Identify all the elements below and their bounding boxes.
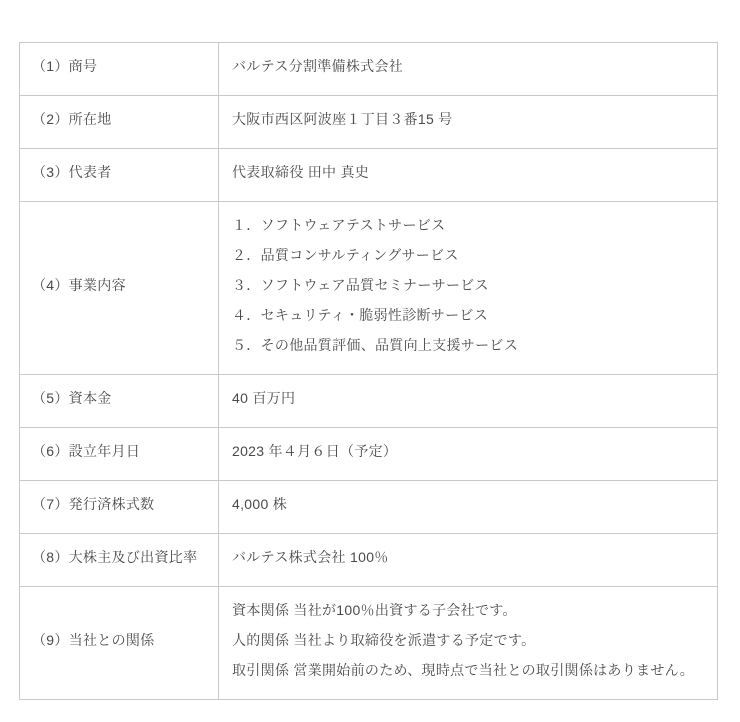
row-label: （2）所在地 [20,96,219,149]
company-overview-table-container: （1）商号 バルテス分割準備株式会社 （2）所在地 大阪市西区阿波座１丁目３番1… [19,42,717,700]
value-line: 2023 年４月６日（予定） [232,436,705,466]
company-overview-table: （1）商号 バルテス分割準備株式会社 （2）所在地 大阪市西区阿波座１丁目３番1… [19,42,718,700]
value-line: １．ソフトウェアテストサービス [232,210,705,240]
table-row-shihonkin: （5）資本金 40 百万円 [20,375,718,428]
row-label: （8）大株主及び出資比率 [20,534,219,587]
value-line: ２．品質コンサルティングサービス [232,240,705,270]
row-value: 大阪市西区阿波座１丁目３番15 号 [219,96,718,149]
value-line: ４．セキュリティ・脆弱性診断サービス [232,300,705,330]
table-row-shozaichi: （2）所在地 大阪市西区阿波座１丁目３番15 号 [20,96,718,149]
value-line: ５．その他品質評価、品質向上支援サービス [232,330,705,360]
value-line: 人的関係 当社より取締役を派遣する予定です。 [232,625,705,655]
row-label: （9）当社との関係 [20,587,219,700]
table-row-tosha-kankei: （9）当社との関係 資本関係 当社が100％出資する子会社です。 人的関係 当社… [20,587,718,700]
value-line: ３．ソフトウェア品質セミナーサービス [232,270,705,300]
table-row-setsuritsu: （6）設立年月日 2023 年４月６日（予定） [20,428,718,481]
value-line: バルテス分割準備株式会社 [232,51,705,81]
row-value: 4,000 株 [219,481,718,534]
row-label: （3）代表者 [20,149,219,202]
row-value: １．ソフトウェアテストサービス ２．品質コンサルティングサービス ３．ソフトウェ… [219,202,718,375]
row-value: 代表取締役 田中 真史 [219,149,718,202]
value-line: 大阪市西区阿波座１丁目３番15 号 [232,104,705,134]
table-row-daihyosha: （3）代表者 代表取締役 田中 真史 [20,149,718,202]
value-line: 4,000 株 [232,489,705,519]
row-label: （7）発行済株式数 [20,481,219,534]
row-value: 資本関係 当社が100％出資する子会社です。 人的関係 当社より取締役を派遣する… [219,587,718,700]
value-line: 取引関係 営業開始前のため、現時点で当社との取引関係はありません。 [232,655,705,685]
row-value: バルテス株式会社 100％ [219,534,718,587]
row-label: （4）事業内容 [20,202,219,375]
page: { "theme": { "border-color": "#c9c9c9", … [0,0,740,722]
value-line: バルテス株式会社 100％ [232,542,705,572]
table-row-shogo: （1）商号 バルテス分割準備株式会社 [20,43,718,96]
table-row-jigyonaiyo: （4）事業内容 １．ソフトウェアテストサービス ２．品質コンサルティングサービス… [20,202,718,375]
row-value: 40 百万円 [219,375,718,428]
row-label: （6）設立年月日 [20,428,219,481]
table-row-hakkozumi-kabushiki: （7）発行済株式数 4,000 株 [20,481,718,534]
table-row-okabunushi: （8）大株主及び出資比率 バルテス株式会社 100％ [20,534,718,587]
row-value: バルテス分割準備株式会社 [219,43,718,96]
row-label: （1）商号 [20,43,219,96]
value-line: 資本関係 当社が100％出資する子会社です。 [232,595,705,625]
value-line: 40 百万円 [232,383,705,413]
value-line: 代表取締役 田中 真史 [232,157,705,187]
row-value: 2023 年４月６日（予定） [219,428,718,481]
row-label: （5）資本金 [20,375,219,428]
